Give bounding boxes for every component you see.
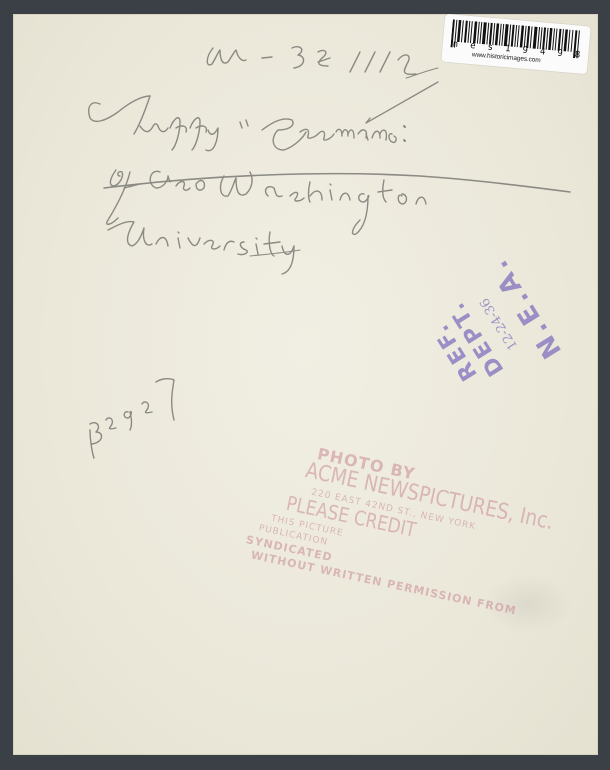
stamp-acme-line: WITHOUT WRITTEN PERMISSION FROM (250, 548, 518, 617)
barcode-char: 9 (557, 50, 563, 59)
barcode-char: 8 (574, 51, 580, 60)
barcode-char: 9 (522, 47, 528, 56)
barcode-char: e (470, 42, 476, 51)
barcode-char: s (487, 44, 493, 53)
barcode-char: 4 (539, 48, 545, 57)
barcode-char: 1 (505, 45, 511, 54)
barcode-char: n (452, 41, 458, 50)
